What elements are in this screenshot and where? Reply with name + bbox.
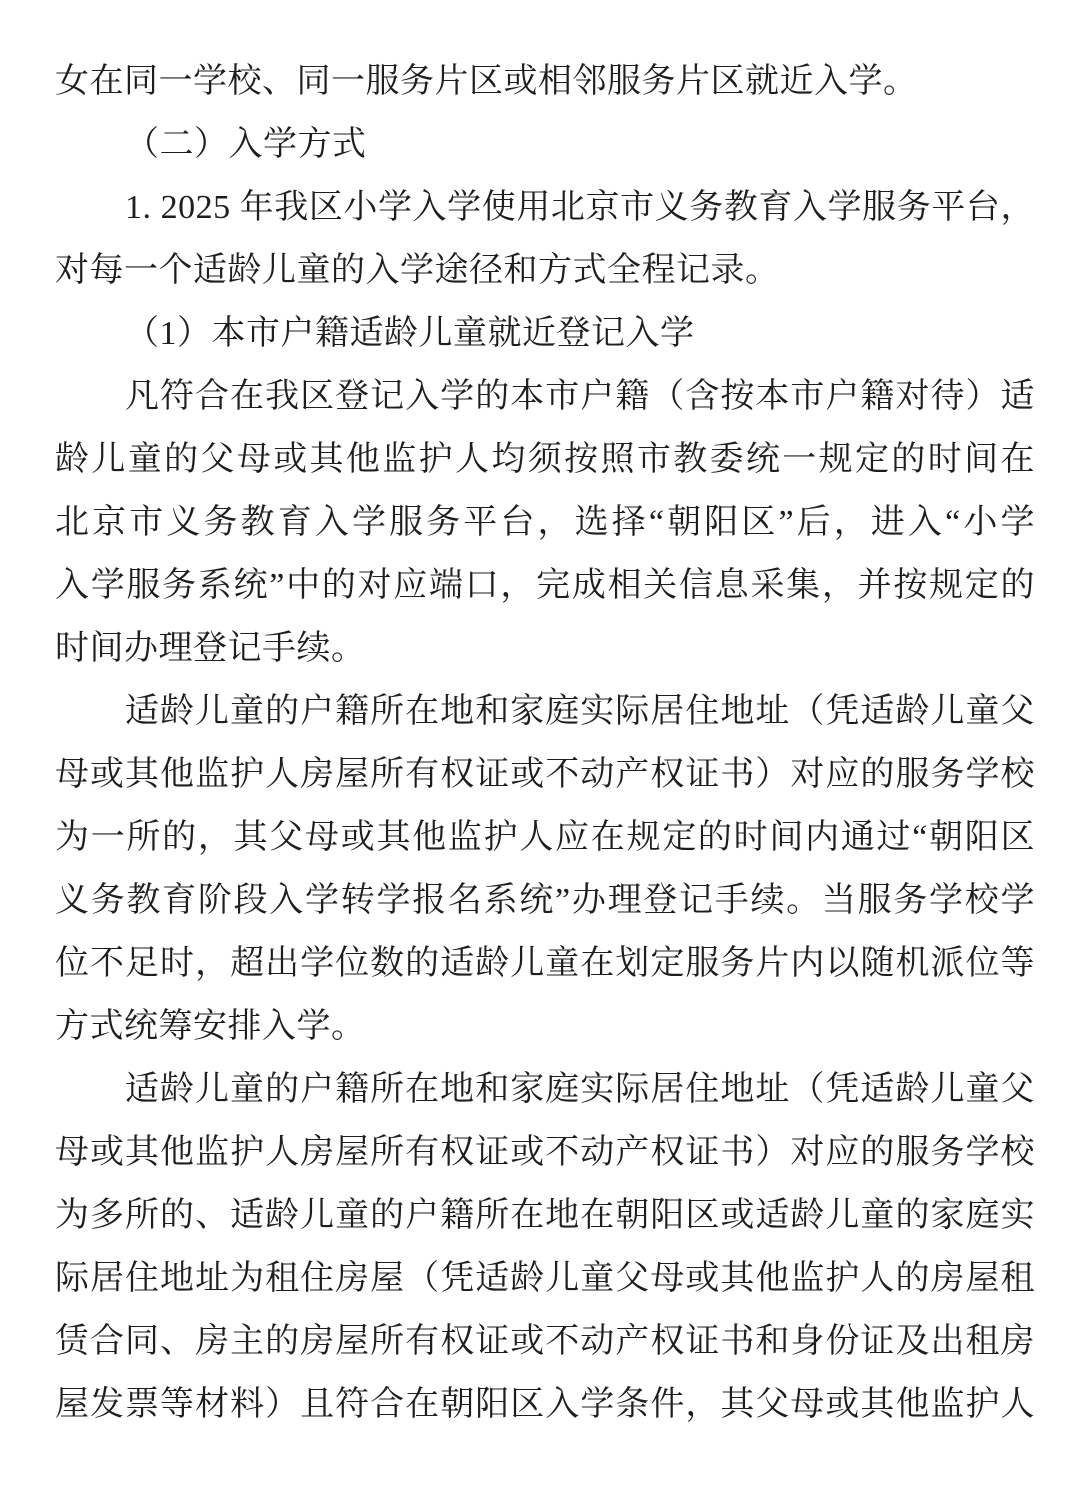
document-body: 女在同一学校、同一服务片区或相邻服务片区就近入学。（二）入学方式1. 2025 … [55,50,1035,1436]
text-line: 女在同一学校、同一服务片区或相邻服务片区就近入学。 [55,50,1035,113]
text-line: 入学服务系统”中的对应端口，完成相关信息采集，并按规定的 [55,554,1035,617]
text-line: 为一所的，其父母或其他监护人应在规定的时间内通过“朝阳区 [55,806,1035,869]
text-line: 北京市义务教育入学服务平台，选择“朝阳区”后，进入“小学 [55,491,1035,554]
text-line: 为多所的、适龄儿童的户籍所在地在朝阳区或适龄儿童的家庭实 [55,1184,1035,1247]
text-line: 际居住地址为租住房屋（凭适龄儿童父母或其他监护人的房屋租 [55,1247,1035,1310]
text-line: 适龄儿童的户籍所在地和家庭实际居住地址（凭适龄儿童父 [55,680,1035,743]
text-line: 凡符合在我区登记入学的本市户籍（含按本市户籍对待）适 [55,365,1035,428]
text-line: 母或其他监护人房屋所有权证或不动产权证书）对应的服务学校 [55,1121,1035,1184]
text-line: 1. 2025 年我区小学入学使用北京市义务教育入学服务平台， [55,176,1035,239]
text-line: 对每一个适龄儿童的入学途径和方式全程记录。 [55,239,1035,302]
text-line: 方式统筹安排入学。 [55,995,1035,1058]
text-line: 母或其他监护人房屋所有权证或不动产权证书）对应的服务学校 [55,743,1035,806]
text-line: 义务教育阶段入学转学报名系统”办理登记手续。当服务学校学 [55,869,1035,932]
text-line: 时间办理登记手续。 [55,617,1035,680]
text-line: 位不足时，超出学位数的适龄儿童在划定服务片内以随机派位等 [55,932,1035,995]
text-line: （1）本市户籍适龄儿童就近登记入学 [55,302,1035,365]
text-line: 赁合同、房主的房屋所有权证或不动产权证书和身份证及出租房 [55,1310,1035,1373]
text-line: 屋发票等材料）且符合在朝阳区入学条件，其父母或其他监护人 [55,1373,1035,1436]
document-page: 女在同一学校、同一服务片区或相邻服务片区就近入学。（二）入学方式1. 2025 … [0,0,1080,1506]
text-line: 龄儿童的父母或其他监护人均须按照市教委统一规定的时间在 [55,428,1035,491]
text-line: 适龄儿童的户籍所在地和家庭实际居住地址（凭适龄儿童父 [55,1058,1035,1121]
text-line: （二）入学方式 [55,113,1035,176]
